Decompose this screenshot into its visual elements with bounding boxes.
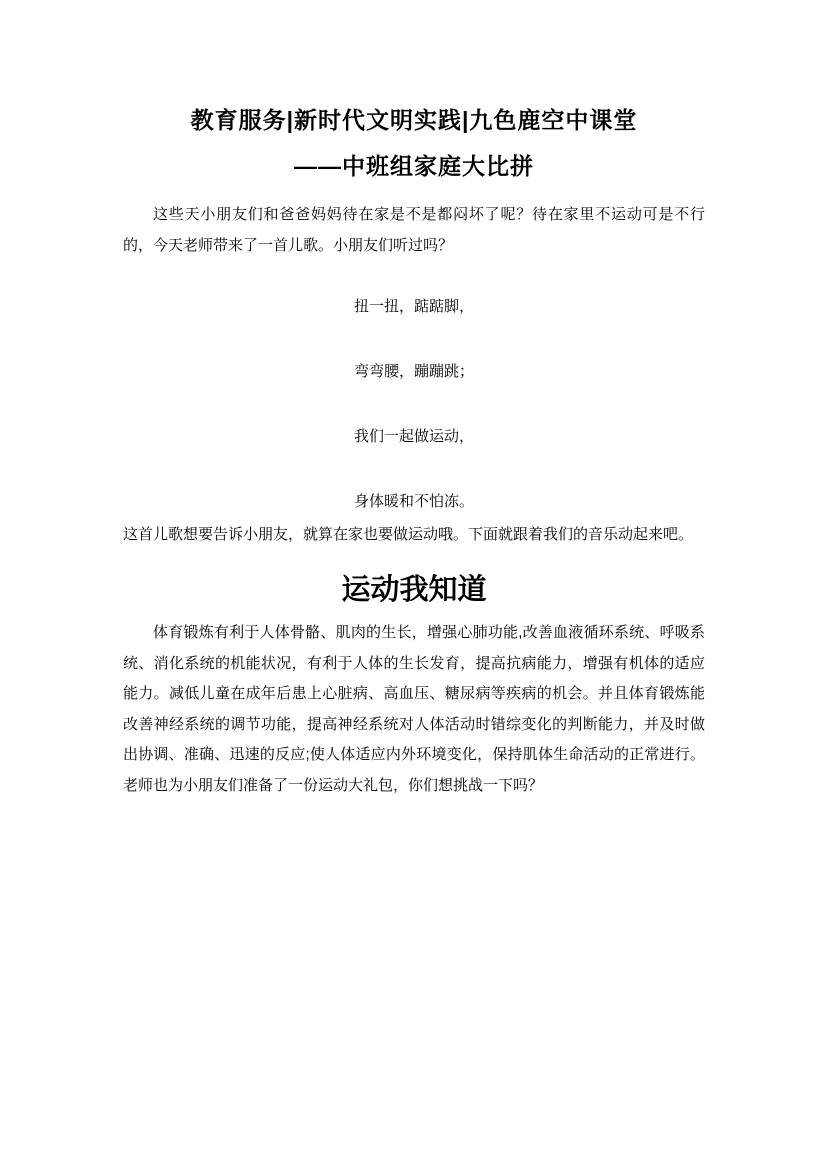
rhyme-line-1: 扭一扭，踮踮脚， bbox=[123, 291, 705, 322]
section-heading: 运动我知道 bbox=[123, 570, 705, 610]
document-content: 教育服务|新时代文明实践|九色鹿空中课堂 ——中班组家庭大比拼 这些天小朋友们和… bbox=[123, 0, 705, 801]
document-subtitle: ——中班组家庭大比拼 bbox=[123, 149, 705, 183]
document-title: 教育服务|新时代文明实践|九色鹿空中课堂 bbox=[123, 103, 705, 137]
document-page: 教育服务|新时代文明实践|九色鹿空中课堂 ——中班组家庭大比拼 这些天小朋友们和… bbox=[0, 0, 827, 1170]
intro-paragraph: 这些天小朋友们和爸爸妈妈待在家是不是都闷坏了呢？待在家里不运动可是不行的，今天老… bbox=[123, 199, 705, 261]
rhyme-line-2: 弯弯腰，蹦蹦跳； bbox=[123, 356, 705, 387]
rhyme-block: 扭一扭，踮踮脚， 弯弯腰，蹦蹦跳； 我们一起做运动， 身体暖和不怕冻。 bbox=[123, 291, 705, 517]
section-paragraph: 体育锻炼有利于人体骨骼、肌肉的生长，增强心肺功能,改善血液循环系统、呼吸系统、消… bbox=[123, 618, 705, 801]
rhyme-line-4: 身体暖和不怕冻。 bbox=[123, 486, 705, 517]
rhyme-followup-paragraph: 这首儿歌想要告诉小朋友，就算在家也要做运动哦。下面就跟着我们的音乐动起来吧。 bbox=[123, 519, 705, 550]
rhyme-line-3: 我们一起做运动， bbox=[123, 421, 705, 452]
